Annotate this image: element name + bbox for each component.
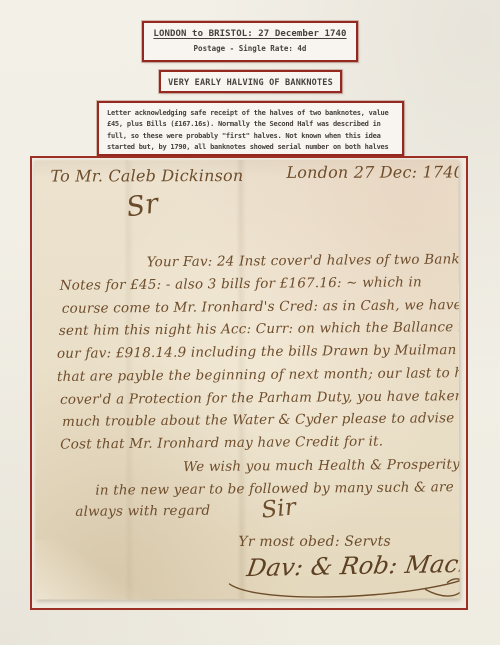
- letter-addressee: To Mr. Caleb Dickinson: [50, 166, 243, 186]
- subtitle-text: VERY EARLY HALVING OF BANKNOTES: [161, 78, 340, 88]
- postage-rate: Postage - Single Rate: 4d: [144, 44, 356, 53]
- letter-closing-line: We wish you much Health & Prosperity: [183, 456, 459, 475]
- title-box: LONDON to BRISTOL: 27 December 1740 Post…: [142, 21, 358, 62]
- letter-body-line: that are payble the beginning of next mo…: [57, 365, 460, 385]
- description-line: Letter acknowledging safe receipt of the…: [107, 108, 402, 119]
- letter-body-line: cover'd a Protection for the Parham Duty…: [60, 388, 460, 408]
- description-box: Letter acknowledging safe receipt of the…: [97, 101, 404, 156]
- letter-body-line: Cost that Mr. Ironhard may have Credit f…: [60, 434, 383, 453]
- letter-body-line: course come to Mr. Ironhard's Cred: as i…: [62, 297, 460, 317]
- letter-body-line: Your Fav: 24 Inst cover'd halves of two …: [147, 251, 460, 270]
- route-title: LONDON to BRISTOL: 27 December 1740: [144, 29, 356, 39]
- description-line: started but, by 1790, all banknotes show…: [107, 142, 402, 153]
- letter-body-line: sent him this night his Acc: Curr: on wh…: [59, 319, 460, 339]
- letter-dateline: London 27 Dec: 1740: [286, 162, 459, 181]
- letter-body-line: Notes for £45: - also 3 bills for £167.1…: [60, 274, 422, 293]
- letter-body-line: much trouble about the Water & Cyder ple…: [62, 410, 460, 430]
- exhibit-page: LONDON to BRISTOL: 27 December 1740 Post…: [0, 0, 500, 645]
- description-line: £45, plus Bills (£167.16s). Normally the…: [107, 119, 402, 130]
- signature-flourish: [226, 573, 460, 599]
- description-line: full, so these were probably "first" hal…: [107, 131, 402, 142]
- letter-salutation: Sr: [125, 188, 161, 223]
- letter-valediction: Yr most obed: Servts: [238, 534, 390, 550]
- subtitle-box: VERY EARLY HALVING OF BANKNOTES: [159, 70, 342, 93]
- paper-fold-crease: [35, 539, 155, 599]
- letter-body-line: our fav: £918.14.9 including the bills D…: [57, 342, 457, 362]
- letter-mount: To Mr. Caleb Dickinson London 27 Dec: 17…: [30, 156, 468, 610]
- letter-closing-line: always with regard: [75, 503, 210, 520]
- letter-paper: To Mr. Caleb Dickinson London 27 Dec: 17…: [34, 159, 459, 599]
- letter-closing-sir: Sir: [260, 494, 297, 524]
